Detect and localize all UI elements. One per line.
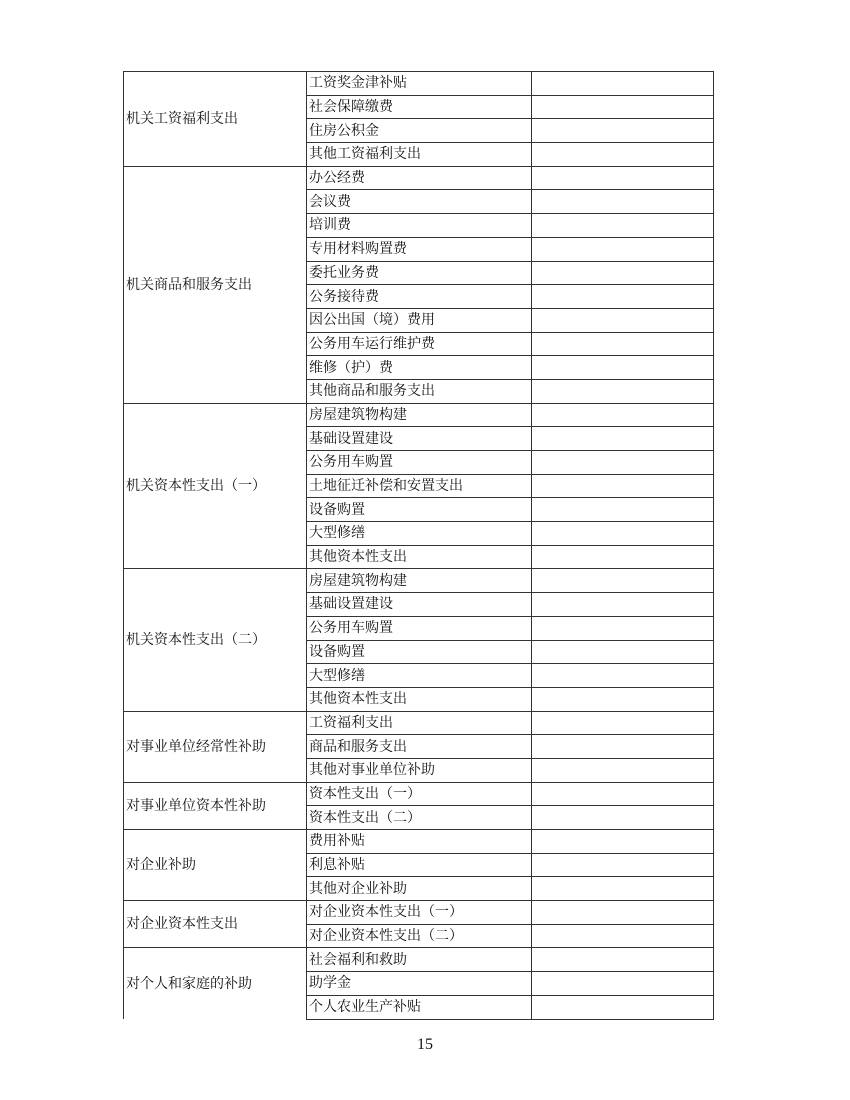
subcategory-cell: 其他对事业单位补助: [307, 758, 532, 782]
value-cell: [532, 356, 714, 380]
value-cell: [532, 806, 714, 830]
table-row: 对事业单位经常性补助工资福利支出: [124, 711, 714, 735]
value-cell: [532, 119, 714, 143]
subcategory-cell: 助学金: [307, 972, 532, 996]
subcategory-cell: 其他工资福利支出: [307, 143, 532, 167]
table-row: 机关资本性支出（二）房屋建筑物构建: [124, 569, 714, 593]
value-cell: [532, 948, 714, 972]
category-cell: 对个人和家庭的补助: [124, 948, 307, 1019]
value-cell: [532, 995, 714, 1019]
subcategory-cell: 其他对企业补助: [307, 877, 532, 901]
subcategory-cell: 公务接待费: [307, 285, 532, 309]
subcategory-cell: 商品和服务支出: [307, 735, 532, 759]
subcategory-cell: 房屋建筑物构建: [307, 403, 532, 427]
subcategory-cell: 因公出国（境）费用: [307, 308, 532, 332]
subcategory-cell: 土地征迁补偿和安置支出: [307, 474, 532, 498]
table-row: 对事业单位资本性补助资本性支出（一）: [124, 782, 714, 806]
subcategory-cell: 公务用车购置: [307, 451, 532, 475]
table-row: 对个人和家庭的补助社会福利和救助: [124, 948, 714, 972]
subcategory-cell: 设备购置: [307, 498, 532, 522]
category-cell: 机关资本性支出（二）: [124, 569, 307, 711]
subcategory-cell: 大型修缮: [307, 664, 532, 688]
table-row: 机关资本性支出（一）房屋建筑物构建: [124, 403, 714, 427]
expenditure-classification-table: 机关工资福利支出工资奖金津补贴社会保障缴费住房公积金其他工资福利支出机关商品和服…: [123, 71, 714, 1020]
subcategory-cell: 工资福利支出: [307, 711, 532, 735]
subcategory-cell: 基础设置建设: [307, 427, 532, 451]
table-row: 机关商品和服务支出办公经费: [124, 166, 714, 190]
subcategory-cell: 其他商品和服务支出: [307, 379, 532, 403]
subcategory-cell: 资本性支出（一）: [307, 782, 532, 806]
value-cell: [532, 522, 714, 546]
subcategory-cell: 对企业资本性支出（一）: [307, 901, 532, 925]
category-cell: 机关资本性支出（一）: [124, 403, 307, 569]
value-cell: [532, 214, 714, 238]
value-cell: [532, 143, 714, 167]
value-cell: [532, 687, 714, 711]
subcategory-cell: 大型修缮: [307, 522, 532, 546]
value-cell: [532, 877, 714, 901]
subcategory-cell: 其他资本性支出: [307, 687, 532, 711]
subcategory-cell: 公务用车运行维护费: [307, 332, 532, 356]
value-cell: [532, 711, 714, 735]
value-cell: [532, 758, 714, 782]
value-cell: [532, 95, 714, 119]
table-row: 机关工资福利支出工资奖金津补贴: [124, 72, 714, 96]
subcategory-cell: 维修（护）费: [307, 356, 532, 380]
category-cell: 机关工资福利支出: [124, 72, 307, 167]
subcategory-cell: 会议费: [307, 190, 532, 214]
value-cell: [532, 237, 714, 261]
value-cell: [532, 830, 714, 854]
subcategory-cell: 专用材料购置费: [307, 237, 532, 261]
value-cell: [532, 901, 714, 925]
value-cell: [532, 72, 714, 96]
table-row: 对企业资本性支出对企业资本性支出（一）: [124, 901, 714, 925]
category-cell: 对企业补助: [124, 830, 307, 901]
value-cell: [532, 545, 714, 569]
value-cell: [532, 379, 714, 403]
category-cell: 对事业单位资本性补助: [124, 782, 307, 829]
value-cell: [532, 616, 714, 640]
value-cell: [532, 924, 714, 948]
subcategory-cell: 基础设置建设: [307, 593, 532, 617]
subcategory-cell: 个人农业生产补贴: [307, 995, 532, 1019]
subcategory-cell: 工资奖金津补贴: [307, 72, 532, 96]
page-number: 15: [0, 1036, 850, 1054]
value-cell: [532, 782, 714, 806]
value-cell: [532, 972, 714, 996]
value-cell: [532, 261, 714, 285]
value-cell: [532, 474, 714, 498]
table-row: 对企业补助费用补贴: [124, 830, 714, 854]
subcategory-cell: 公务用车购置: [307, 616, 532, 640]
value-cell: [532, 735, 714, 759]
subcategory-cell: 资本性支出（二）: [307, 806, 532, 830]
category-cell: 对事业单位经常性补助: [124, 711, 307, 782]
subcategory-cell: 社会福利和救助: [307, 948, 532, 972]
table-body: 机关工资福利支出工资奖金津补贴社会保障缴费住房公积金其他工资福利支出机关商品和服…: [124, 72, 714, 1020]
value-cell: [532, 569, 714, 593]
subcategory-cell: 社会保障缴费: [307, 95, 532, 119]
subcategory-cell: 其他资本性支出: [307, 545, 532, 569]
subcategory-cell: 费用补贴: [307, 830, 532, 854]
value-cell: [532, 166, 714, 190]
category-cell: 对企业资本性支出: [124, 901, 307, 948]
subcategory-cell: 利息补贴: [307, 853, 532, 877]
value-cell: [532, 664, 714, 688]
subcategory-cell: 住房公积金: [307, 119, 532, 143]
value-cell: [532, 427, 714, 451]
subcategory-cell: 培训费: [307, 214, 532, 238]
category-cell: 机关商品和服务支出: [124, 166, 307, 403]
value-cell: [532, 640, 714, 664]
subcategory-cell: 设备购置: [307, 640, 532, 664]
value-cell: [532, 190, 714, 214]
subcategory-cell: 委托业务费: [307, 261, 532, 285]
value-cell: [532, 308, 714, 332]
value-cell: [532, 332, 714, 356]
value-cell: [532, 451, 714, 475]
subcategory-cell: 对企业资本性支出（二）: [307, 924, 532, 948]
value-cell: [532, 498, 714, 522]
subcategory-cell: 房屋建筑物构建: [307, 569, 532, 593]
value-cell: [532, 593, 714, 617]
value-cell: [532, 853, 714, 877]
subcategory-cell: 办公经费: [307, 166, 532, 190]
value-cell: [532, 403, 714, 427]
value-cell: [532, 285, 714, 309]
